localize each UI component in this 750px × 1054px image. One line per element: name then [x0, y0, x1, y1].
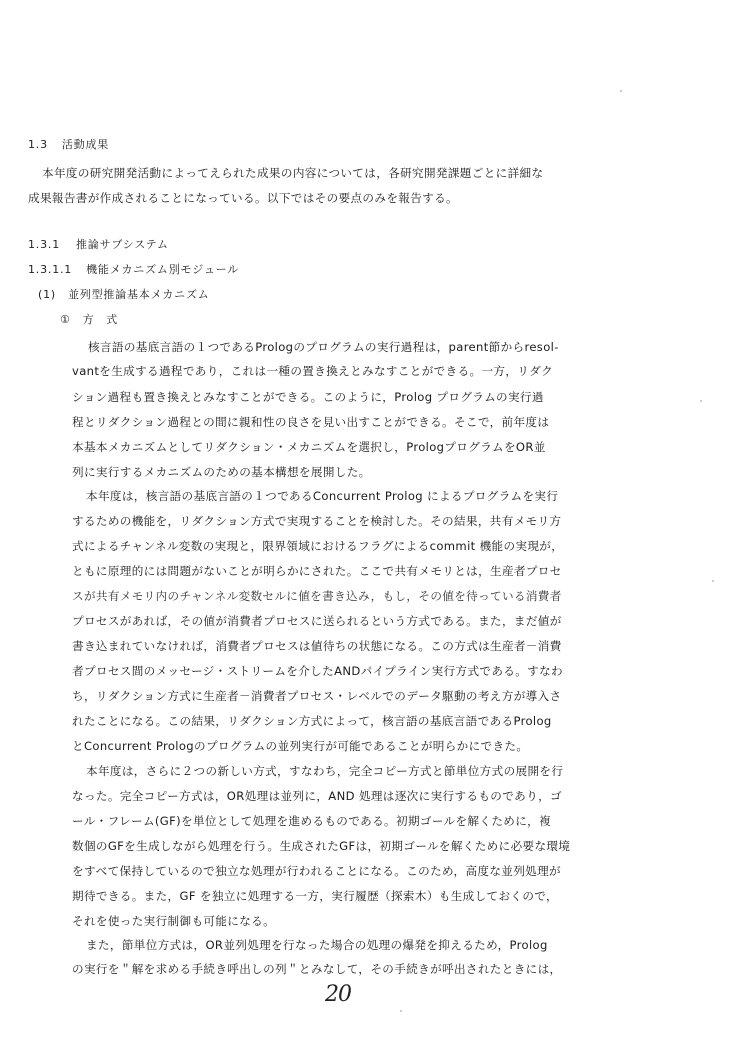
body-line: の実行を＂解を求める手続き呼出しの列＂とみなして，その手続きが呼出されたときには…	[72, 962, 561, 976]
section-number: 1.3	[28, 138, 48, 151]
page-number: 20	[325, 982, 351, 1007]
body-line: プロセスがあれば，その値が消費者プロセスに送られるという方式である。また，まだ値…	[72, 614, 562, 628]
section-number: 1.3.1.1	[28, 263, 72, 276]
body-line: 核言語の基底言語の１つであるPrologのプログラムの実行過程は，parent節…	[88, 340, 559, 354]
body-line: 書き込まれていなければ，消費者プロセスは値待ちの状態になる。この方式は生産者－消…	[72, 639, 562, 653]
body-line: 本年度は，核言語の基底言語の１つであるConcurrent Prolog による…	[86, 489, 558, 503]
scanned-document-page: 1.3活動成果 本年度の研究開発活動によってえられた成果の内容については，各研究…	[0, 0, 750, 1054]
item-title: 方 式	[83, 313, 118, 326]
body-line: なった。完全コピー方式は，OR処理は並列に，AND 処理は逐次に実行するものであ…	[72, 789, 562, 803]
section-title: 機能メカニズム別モジュール	[86, 263, 239, 276]
body-line: ともに原理的には問題がないことが明らかにされた。ここで共有メモリとは，生産者プロ…	[72, 564, 562, 578]
scan-speck	[620, 90, 622, 92]
body-line: れたことになる。この結果，リダクション方式によって，核言語の基底言語であるPro…	[72, 714, 552, 728]
section-heading-1-3-1-1: 1.3.1.1機能メカニズム別モジュール	[28, 263, 239, 277]
body-line: 本基本メカニズムとしてリダクション・メカニズムを選択し，Prologプログラムを…	[72, 440, 546, 454]
subsection-heading-1: (1)並列型推論基本メカニズム	[38, 288, 210, 302]
body-line: 程とリダクション過程との間に親和性の良さを見い出すことができる。そこで，前年度は	[72, 415, 549, 429]
body-line: 数個のGFを生成しながら処理を行う。生成されたGFは，初期ゴールを解くために必要…	[72, 839, 570, 853]
body-line: とConcurrent Prologのプログラムの並列実行が可能であることが明ら…	[72, 739, 528, 753]
body-line: 者プロセス間のメッセージ・ストリームを介したANDパイプライン実行方式である。す…	[72, 664, 563, 678]
body-line: 本年度は，さらに２つの新しい方式，すなわち，完全コピー方式と節単位方式の展開を行	[86, 764, 563, 778]
body-line: するための機能を，リダクション方式で実現することを検討した。その結果，共有メモリ…	[72, 514, 561, 528]
item-heading-1: ①方 式	[60, 313, 118, 327]
body-line: 列に実行するメカニズムのための基本構想を展開した。	[72, 465, 371, 479]
section-heading-1-3: 1.3活動成果	[28, 138, 109, 152]
section-title: 推論サブシステム	[76, 238, 169, 251]
section-heading-1-3-1: 1.3.1推論サブシステム	[28, 238, 169, 252]
section-number: 1.3.1	[28, 238, 60, 251]
intro-line: 成果報告書が作成されることになっている。以下ではその要点のみを報告する。	[28, 191, 458, 205]
section-title: 活動成果	[62, 138, 109, 151]
body-line: それを使った実行制御も可能になる。	[72, 914, 275, 928]
item-number: ①	[60, 313, 71, 326]
scan-speck	[700, 400, 702, 402]
body-line: をすべて保持しているので独立な処理が行われることになる。このため，高度な並列処理…	[72, 864, 561, 878]
body-line: また，節単位方式は，OR並列処理を行なった場合の処理の爆発を抑えるため，Prol…	[86, 938, 548, 952]
body-line: 式によるチャンネル変数の実現と，限界領域におけるフラグによるcommit 機能の…	[72, 539, 563, 553]
body-line: 期待できる。また，GF を独立に処理する一方，実行履歴（探索木）も生成しておくの…	[72, 889, 558, 903]
subsection-number: (1)	[38, 288, 56, 301]
intro-line: 本年度の研究開発活動によってえられた成果の内容については，各研究開発課題ごとに詳…	[42, 166, 543, 180]
scan-speck	[712, 580, 714, 582]
subsection-title: 並列型推論基本メカニズム	[68, 288, 210, 301]
body-line: ション過程も置き換えとみなすことができる。このように，Prolog プログラムの…	[72, 390, 544, 404]
scan-speck	[400, 1010, 402, 1012]
body-line: ール・フレーム(GF)を単位として処理を進めるものである。初期ゴールを解くために…	[72, 814, 551, 828]
body-line: vantを生成する過程であり，これは一種の置き換えとみなすことができる。一方，リ…	[72, 364, 553, 378]
body-line: ち，リダクション方式に生産者－消費者プロセス・レベルでのデータ駆動の考え方が導入…	[72, 689, 561, 703]
body-line: スが共有メモリ内のチャンネル変数セルに値を書き込み，もし，その値を待っている消費…	[72, 589, 562, 603]
